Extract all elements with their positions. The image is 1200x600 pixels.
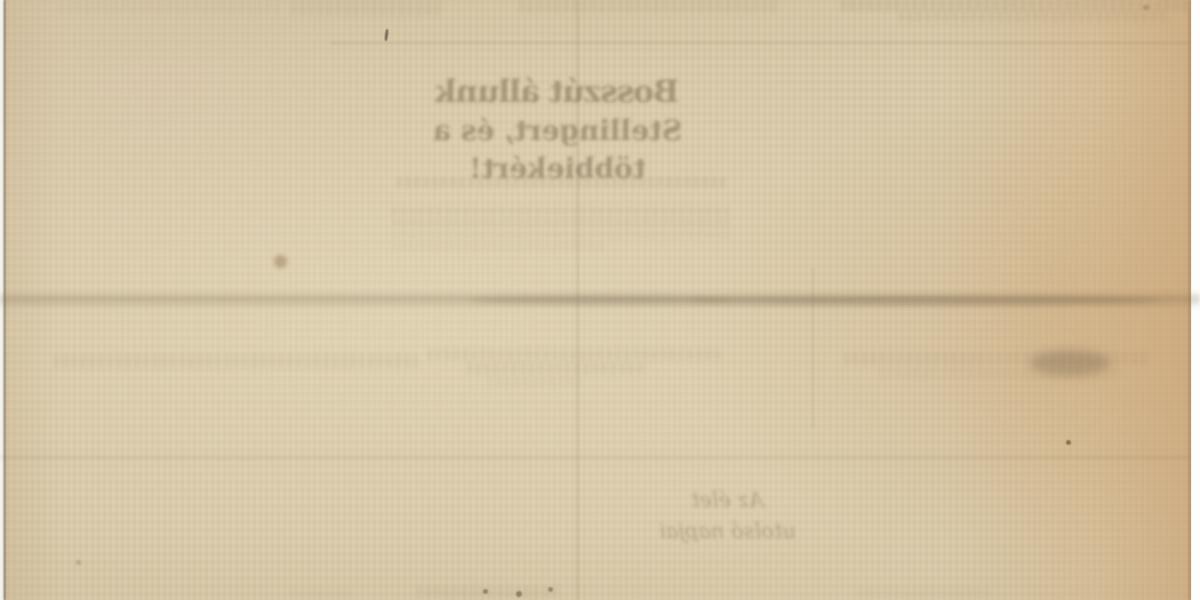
script-line2: utolsó napjai — [645, 516, 810, 547]
dark-speck — [483, 589, 488, 594]
show-through-headline: Bosszút állunk Stellingert, és a többiek… — [385, 72, 730, 188]
show-through-smudge — [468, 363, 648, 374]
ink-smudge-blob — [1030, 350, 1110, 376]
show-through-body-smudge — [393, 231, 730, 239]
dark-speck — [516, 591, 522, 597]
scanned-newspaper-page: Bosszút állunk Stellingert, és a többiek… — [0, 0, 1200, 600]
show-through-smudge — [292, 590, 352, 598]
dark-speck — [548, 587, 553, 592]
show-through-smudge — [520, 0, 780, 13]
faint-speck — [76, 560, 81, 565]
script-line1: Az élet — [645, 485, 810, 516]
show-through-smudge — [488, 377, 580, 386]
show-through-subtitle-smudge — [398, 177, 726, 187]
show-through-script-ad: Az élet utolsó napjai — [645, 485, 810, 547]
show-through-column-rule — [812, 268, 814, 428]
show-through-smudge — [55, 354, 420, 368]
crease-dark-segment — [690, 296, 1160, 305]
show-through-smudge — [60, 3, 280, 13]
faint-speck — [1143, 5, 1149, 10]
show-through-body-smudge — [393, 207, 730, 215]
dark-speck — [1066, 440, 1071, 445]
brown-stain — [274, 255, 287, 268]
show-through-smudge — [900, 12, 1170, 22]
show-through-smudge — [860, 588, 990, 598]
faint-horizontal-line — [0, 455, 1190, 460]
show-through-smudge — [418, 586, 560, 598]
show-through-smudge — [842, 0, 1187, 11]
show-through-smudge — [292, 1, 442, 15]
show-through-smudge — [428, 349, 722, 360]
show-through-body-smudge — [393, 219, 730, 227]
show-through-body-smudge — [393, 243, 603, 250]
show-through-rule-line — [330, 42, 1190, 44]
headline-line1: Bosszút állunk — [385, 72, 730, 112]
